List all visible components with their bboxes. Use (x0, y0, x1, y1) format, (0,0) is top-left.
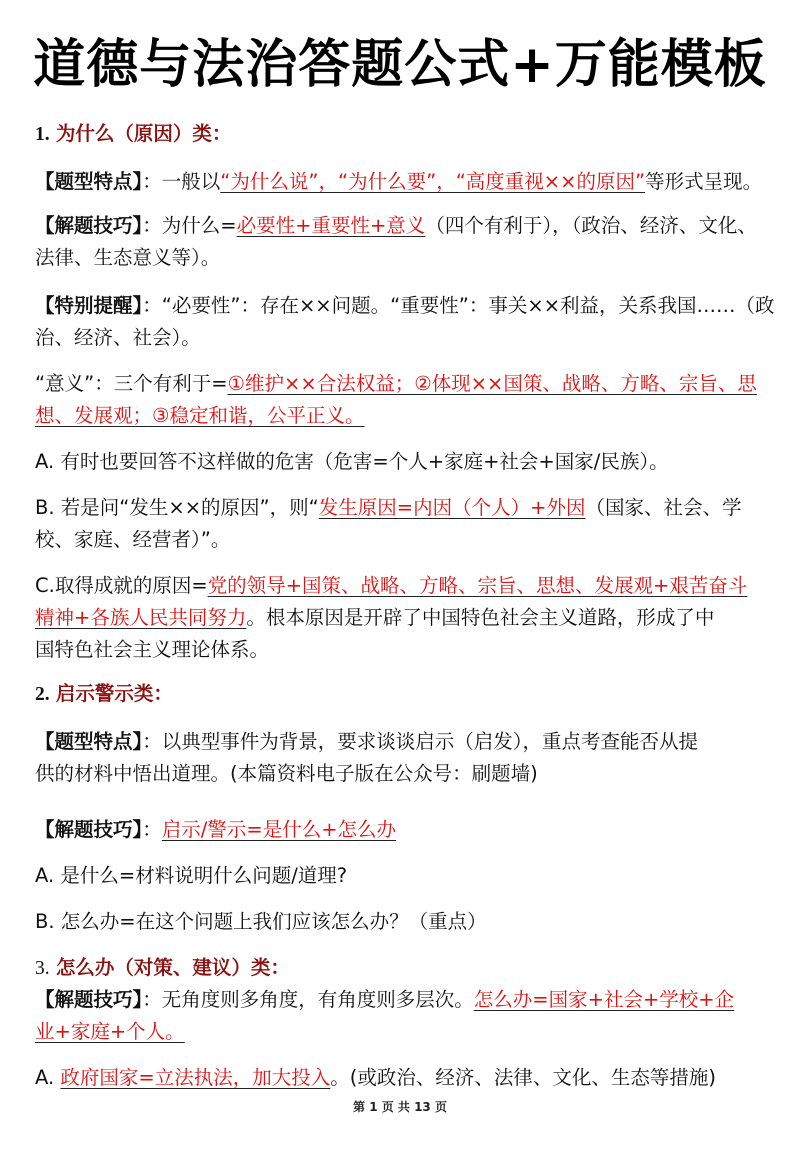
section-1-reminder-cont: 治、经济、社会）。 (35, 324, 785, 352)
section-1-item-b: B. 若是问“发生××的原因”，则“发生原因=内因（个人）+外因（国家、社会、学 (35, 494, 785, 522)
section-2-feature: 【题型特点】：以典型事件为背景，要求谈谈启示（启发），重点考查能否从提 (35, 728, 785, 756)
section-2-heading: 2. 启示警示类： (35, 680, 785, 709)
section-1-reminder: 【特别提醒】：“必要性”：存在××问题。“重要性”：事关××利益，关系我国……（… (35, 292, 785, 320)
section-1-technique-cont: 法律、生态意义等）。 (35, 244, 785, 272)
emphasis-text: 想、发展观；③稳定和谐，公平正义。 (35, 404, 364, 427)
page-footer: 第 1 页 共 13 页 (0, 1098, 800, 1115)
section-2-technique: 【解题技巧】：启示/警示=是什么+怎么办 (35, 816, 785, 844)
emphasis-text: 政府国家=立法执法，加大投入 (60, 1066, 330, 1089)
emphasis-text: 怎么办=国家+社会+学校+企 (474, 988, 734, 1011)
section-heading-text: 为什么（原因）类： (56, 122, 232, 145)
section-1-feature: 【题型特点】：一般以“为什么说”，“为什么要”，“高度重视××的原因”等形式呈现… (35, 168, 785, 196)
section-1-meaning: “意义”：三个有利于=①维护××合法权益；②体现××国策、战略、方略、宗旨、思 (35, 370, 785, 398)
section-heading-text: 启示警示类： (56, 682, 173, 705)
section-1-item-c-cont2: 国特色社会主义理论体系。 (35, 636, 785, 664)
section-heading-text: 怎么办（对策、建议）类： (56, 956, 290, 979)
section-3-item-a: A. 政府国家=立法执法，加大投入。(或政治、经济、法律、文化、生态等措施) (35, 1064, 785, 1092)
emphasis-text: 必要性+重要性+意义 (237, 214, 426, 237)
section-1-item-b-cont: 校、家庭、经营者）”。 (35, 526, 785, 554)
section-3-technique-cont: 业+家庭+个人。 (35, 1018, 785, 1046)
section-1-heading: 1. 为什么（原因）类： (35, 120, 785, 149)
emphasis-text: 业+家庭+个人。 (35, 1020, 185, 1043)
section-2-item-b: B. 怎么办=在这个问题上我们应该怎么办？（重点） (35, 908, 785, 936)
emphasis-text: 发生原因=内因（个人）+外因 (319, 496, 586, 519)
section-2-item-a: A. 是什么=材料说明什么问题/道理? (35, 862, 785, 890)
section-2-feature-cont: 供的材料中悟出道理。(本篇资料电子版在公众号：刷题墙) (35, 760, 785, 788)
emphasis-text: 精神+各族人民共同努力 (35, 606, 246, 629)
emphasis-text: ①维护××合法权益；②体现××国策、战略、方略、宗旨、思 (228, 372, 757, 395)
emphasis-text: 党的领导+国策、战略、方略、宗旨、思想、发展观+艰苦奋斗 (208, 574, 748, 597)
section-1-item-c: C.取得成就的原因=党的领导+国策、战略、方略、宗旨、思想、发展观+艰苦奋斗 (35, 572, 785, 600)
page-title: 道德与法治答题公式+万能模板 (0, 30, 800, 100)
section-3-heading: 3. 怎么办（对策、建议）类： (35, 954, 785, 983)
section-1-meaning-cont: 想、发展观；③稳定和谐，公平正义。 (35, 402, 785, 430)
section-1-item-a: A. 有时也要回答不这样做的危害（危害=个人+家庭+社会+国家/民族）。 (35, 448, 785, 476)
emphasis-text: “为什么说”，“为什么要”，“高度重视××的原因” (220, 170, 645, 193)
section-3-technique: 【解题技巧】：无角度则多角度，有角度则多层次。怎么办=国家+社会+学校+企 (35, 986, 785, 1014)
section-1-item-c-cont: 精神+各族人民共同努力。根本原因是开辟了中国特色社会主义道路，形成了中 (35, 604, 785, 632)
emphasis-text: 启示/警示=是什么+怎么办 (162, 818, 396, 841)
section-1-technique: 【解题技巧】：为什么=必要性+重要性+意义（四个有利于），（政治、经济、文化、 (35, 212, 785, 240)
